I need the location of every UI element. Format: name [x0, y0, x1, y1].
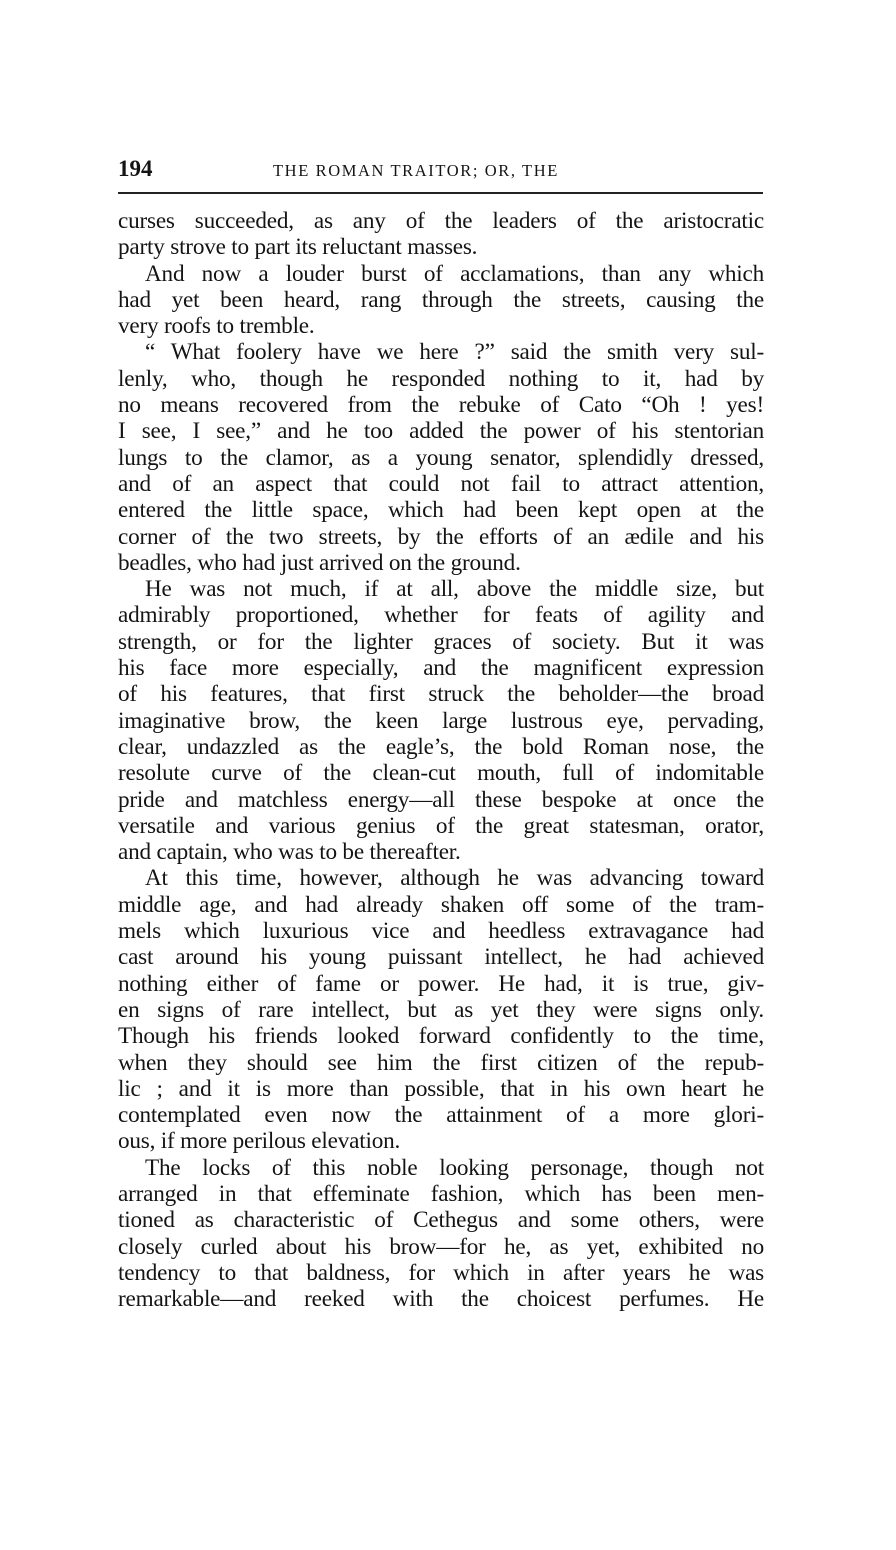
text-line: lenly, who, though he responded nothing … [118, 366, 764, 392]
text-line: en signs of rare intellect, but as yet t… [118, 997, 764, 1023]
header-rule [118, 192, 763, 194]
body-text: curses succeeded, as any of the leaders … [118, 208, 764, 1312]
text-line: admirably proportioned, whether for feat… [118, 602, 764, 628]
text-line: remarkable—and reeked with the choicest … [118, 1286, 764, 1312]
text-line: very roofs to tremble. [118, 313, 764, 339]
text-line: arranged in that effeminate fashion, whi… [118, 1181, 764, 1207]
text-line: tioned as characteristic of Cethegus and… [118, 1207, 764, 1233]
text-line: of his features, that first struck the b… [118, 681, 764, 707]
text-line: strength, or for the lighter graces of s… [118, 629, 764, 655]
text-line: versatile and various genius of the grea… [118, 813, 764, 839]
running-header: 194 THE ROMAN TRAITOR; OR, THE [118, 156, 763, 186]
text-line: “ What foolery have we here ?” said the … [118, 339, 764, 365]
text-line: corner of the two streets, by the effort… [118, 524, 764, 550]
text-line: He was not much, if at all, above the mi… [118, 576, 764, 602]
text-line: entered the little space, which had been… [118, 497, 764, 523]
text-line: party strove to part its reluctant masse… [118, 234, 764, 260]
text-line: pride and matchless energy—all these bes… [118, 787, 764, 813]
text-line: At this time, however, although he was a… [118, 865, 764, 891]
text-line: resolute curve of the clean-cut mouth, f… [118, 760, 764, 786]
text-line: and of an aspect that could not fail to … [118, 471, 764, 497]
text-line: I see, I see,” and he too added the powe… [118, 418, 764, 444]
text-line: imaginative brow, the keen large lustrou… [118, 708, 764, 734]
text-line: nothing either of fame or power. He had,… [118, 971, 764, 997]
text-line: cast around his young puissant intellect… [118, 944, 764, 970]
text-line: when they should see him the first citiz… [118, 1050, 764, 1076]
text-line: curses succeeded, as any of the leaders … [118, 208, 764, 234]
text-line: middle age, and had already shaken off s… [118, 892, 764, 918]
text-line: lic ; and it is more than possible, that… [118, 1076, 764, 1102]
text-line: lungs to the clamor, as a young senator,… [118, 445, 764, 471]
text-line: closely curled about his brow—for he, as… [118, 1234, 764, 1260]
text-line: ous, if more perilous elevation. [118, 1128, 764, 1154]
running-title: THE ROMAN TRAITOR; OR, THE [273, 161, 559, 181]
text-line: had yet been heard, rang through the str… [118, 287, 764, 313]
page-number: 194 [118, 156, 153, 182]
book-page: 194 THE ROMAN TRAITOR; OR, THE curses su… [0, 0, 896, 1550]
text-line: The locks of this noble looking personag… [118, 1155, 764, 1181]
text-line: no means recovered from the rebuke of Ca… [118, 392, 764, 418]
text-line: clear, undazzled as the eagle’s, the bol… [118, 734, 764, 760]
text-line: his face more especially, and the magnif… [118, 655, 764, 681]
text-line: beadles, who had just arrived on the gro… [118, 550, 764, 576]
text-line: tendency to that baldness, for which in … [118, 1260, 764, 1286]
text-line: Though his friends looked forward confid… [118, 1023, 764, 1049]
text-line: And now a louder burst of acclamations, … [118, 261, 764, 287]
text-line: contemplated even now the attainment of … [118, 1102, 764, 1128]
text-line: and captain, who was to be thereafter. [118, 839, 764, 865]
text-line: mels which luxurious vice and heedless e… [118, 918, 764, 944]
